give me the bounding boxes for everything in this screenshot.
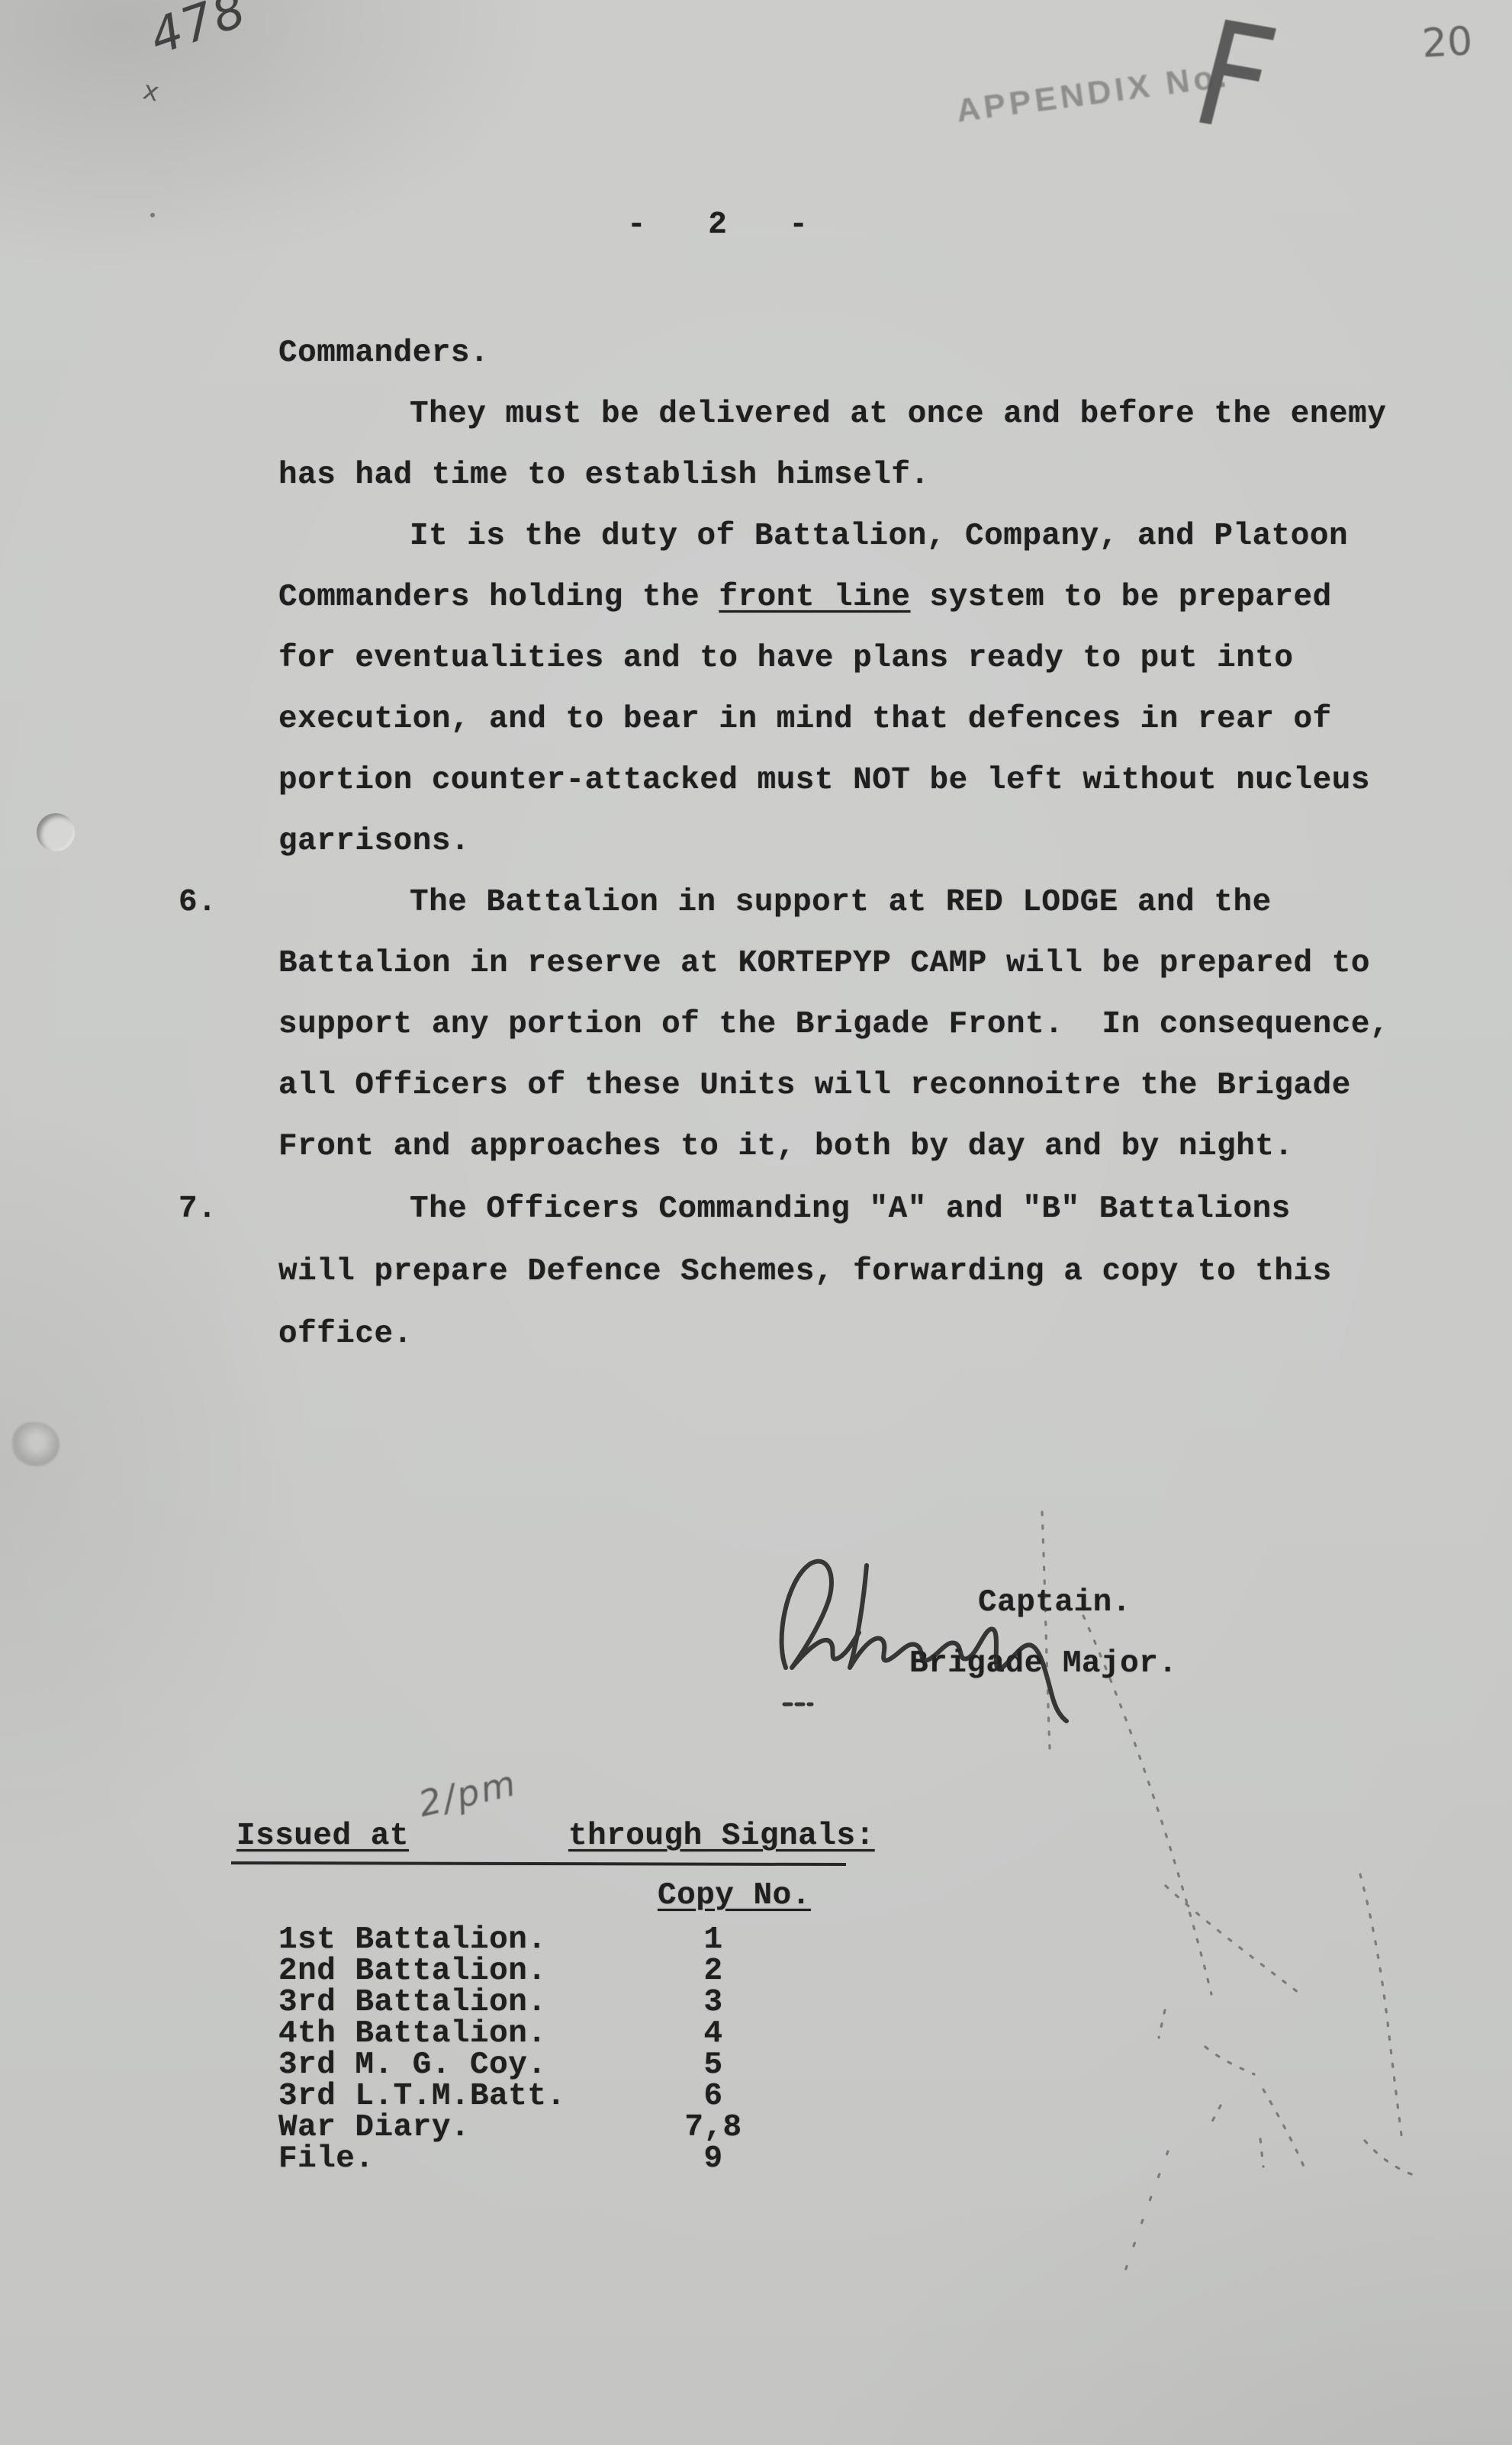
body-line: Commanders. xyxy=(278,336,489,372)
body-line: will prepare Defence Schemes, forwarding… xyxy=(278,1254,1332,1290)
body-line: It is the duty of Battalion, Company, an… xyxy=(410,519,1348,555)
body-line: support any portion of the Brigade Front… xyxy=(278,1007,1389,1043)
x-mark-annotation: x xyxy=(140,75,162,108)
body-line: Front and approaches to it, both by day … xyxy=(278,1129,1294,1165)
body-line: all Officers of these Units will reconno… xyxy=(278,1068,1351,1104)
unit-label: 3rd M. G. Coy. xyxy=(278,2048,546,2083)
item-number-7: 7. xyxy=(179,1192,217,1227)
body-line: portion counter-attacked must NOT be lef… xyxy=(278,763,1370,799)
table-row: 1st Battalion.1 xyxy=(278,1922,858,1954)
unit-label: 4th Battalion. xyxy=(278,2016,546,2051)
ref-number-annotation: 478 xyxy=(143,0,253,66)
unit-label: 2nd Battalion. xyxy=(278,1954,546,1989)
pencil-dotted-lines xyxy=(1042,1512,1416,2289)
paper-speck xyxy=(150,213,155,217)
unit-label: File. xyxy=(278,2141,375,2176)
table-row: File.9 xyxy=(278,2141,858,2173)
unit-label: 3rd L.T.M.Batt. xyxy=(278,2079,566,2114)
issued-at-label: Issued at xyxy=(236,1819,409,1855)
scanned-document-page: 478 x APPENDIX No. F 20 - 2 - Commanders… xyxy=(0,0,1512,2445)
punch-hole-bottom xyxy=(12,1422,60,1466)
body-line: They must be delivered at once and befor… xyxy=(410,397,1386,433)
table-row: War Diary.7,8 xyxy=(278,2110,858,2141)
copy-number: 9 xyxy=(671,2141,755,2177)
body-line: The Battalion in support at RED LODGE an… xyxy=(410,885,1272,921)
unit-label: War Diary. xyxy=(278,2110,470,2145)
table-row: 2nd Battalion.2 xyxy=(278,1954,858,1985)
table-row: 3rd M. G. Coy.5 xyxy=(278,2048,858,2079)
body-line: office. xyxy=(278,1317,413,1353)
body-line: Commanders holding the front line system… xyxy=(278,580,1332,616)
appendix-letter-annotation: F xyxy=(1182,2,1287,155)
table-row: 3rd L.T.M.Batt.6 xyxy=(278,2079,858,2110)
body-line: Battalion in reserve at KORTEPYP CAMP wi… xyxy=(278,946,1370,982)
table-row: 4th Battalion.4 xyxy=(278,2016,858,2048)
body-line: The Officers Commanding "A" and "B" Batt… xyxy=(410,1192,1291,1227)
through-signals-label: through Signals: xyxy=(568,1819,875,1855)
unit-label: 1st Battalion. xyxy=(278,1922,546,1958)
body-line: execution, and to bear in mind that defe… xyxy=(278,702,1332,738)
front-line-underlined-text: front line xyxy=(719,580,910,615)
body-line: garrisons. xyxy=(278,824,470,860)
unit-label: 3rd Battalion. xyxy=(278,1985,546,2020)
captain-label: Captain. xyxy=(978,1585,1131,1621)
body-line-part: system to be prepared xyxy=(910,580,1331,615)
table-row: 3rd Battalion.3 xyxy=(278,1985,858,2016)
copy-no-header: Copy No. xyxy=(658,1878,811,1914)
item-number-6: 6. xyxy=(179,885,217,921)
body-line: has had time to establish himself. xyxy=(278,458,930,494)
body-line: for eventualities and to have plans read… xyxy=(278,641,1294,677)
issued-time-handwritten: 2/pm xyxy=(415,1762,522,1825)
page-number: - 2 - xyxy=(627,208,809,243)
punch-hole-top xyxy=(37,813,75,851)
corner-number-annotation: 20 xyxy=(1420,18,1473,66)
body-line-part: Commanders holding the xyxy=(278,580,719,615)
brigade-major-label: Brigade Major. xyxy=(909,1646,1177,1682)
issued-underline xyxy=(231,1861,846,1866)
